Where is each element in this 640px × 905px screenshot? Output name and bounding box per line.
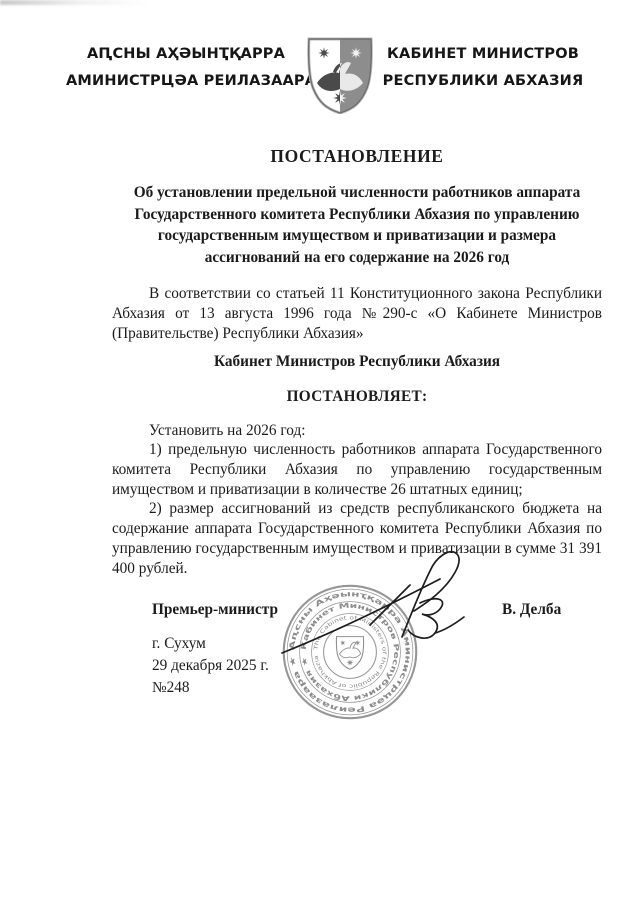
signature-place: г. Сухум: [152, 635, 206, 653]
document-page: АԤСНЫ АҲӘЫНҬҚАРРА АМИНИСТРЦӘА РЕИЛАЗААРА: [0, 0, 640, 905]
document-subject: Об установлении предельной численности р…: [122, 182, 592, 268]
subject-line: ассигнований на его содержание на 2026 г…: [122, 247, 592, 269]
org-name-abkhaz: АԤСНЫ АҲӘЫНҬҚАРРА АМИНИСТРЦӘА РЕИЛАЗААРА: [66, 41, 306, 95]
org-name-russian: КАБИНЕТ МИНИСТРОВ РЕСПУБЛИКИ АБХАЗИЯ: [376, 41, 590, 95]
org-name-abkhaz-line1: АԤСНЫ АҲӘЫНҬҚАРРА: [66, 41, 306, 68]
subject-line: государственным имуществом и приватизаци…: [122, 225, 592, 247]
scan-smudge: [0, 0, 150, 5]
org-name-russian-line2: РЕСПУБЛИКИ АБХАЗИЯ: [376, 68, 590, 95]
coat-of-arms-icon: [303, 36, 377, 119]
signer-name: В. Делба: [502, 601, 561, 619]
resolution-item-1: 1) предельную численность работников апп…: [112, 440, 602, 499]
signer-title: Премьер-министр: [152, 601, 278, 619]
authority-line: Кабинет Министров Республики Абхазия: [112, 352, 602, 372]
signature-date: 29 декабря 2025 г.: [152, 657, 269, 675]
subject-line: Об установлении предельной численности р…: [122, 182, 592, 204]
subject-line: Государственного комитета Республики Абх…: [122, 204, 592, 226]
preamble-paragraph: В соответствии со статьей 11 Конституцио…: [112, 284, 602, 345]
handwritten-signature: [272, 545, 488, 675]
resolves-line: ПОСТАНОВЛЯЕТ:: [112, 387, 602, 407]
document-body: ПОСТАНОВЛЕНИЕ Об установлении предельной…: [112, 146, 602, 578]
org-name-abkhaz-line2: АМИНИСТРЦӘА РЕИЛАЗААРА: [66, 68, 306, 95]
document-type-title: ПОСТАНОВЛЕНИЕ: [112, 146, 602, 166]
org-name-russian-line1: КАБИНЕТ МИНИСТРОВ: [376, 41, 590, 68]
items-intro: Установить на 2026 год:: [112, 421, 602, 441]
document-number: №248: [152, 679, 190, 697]
